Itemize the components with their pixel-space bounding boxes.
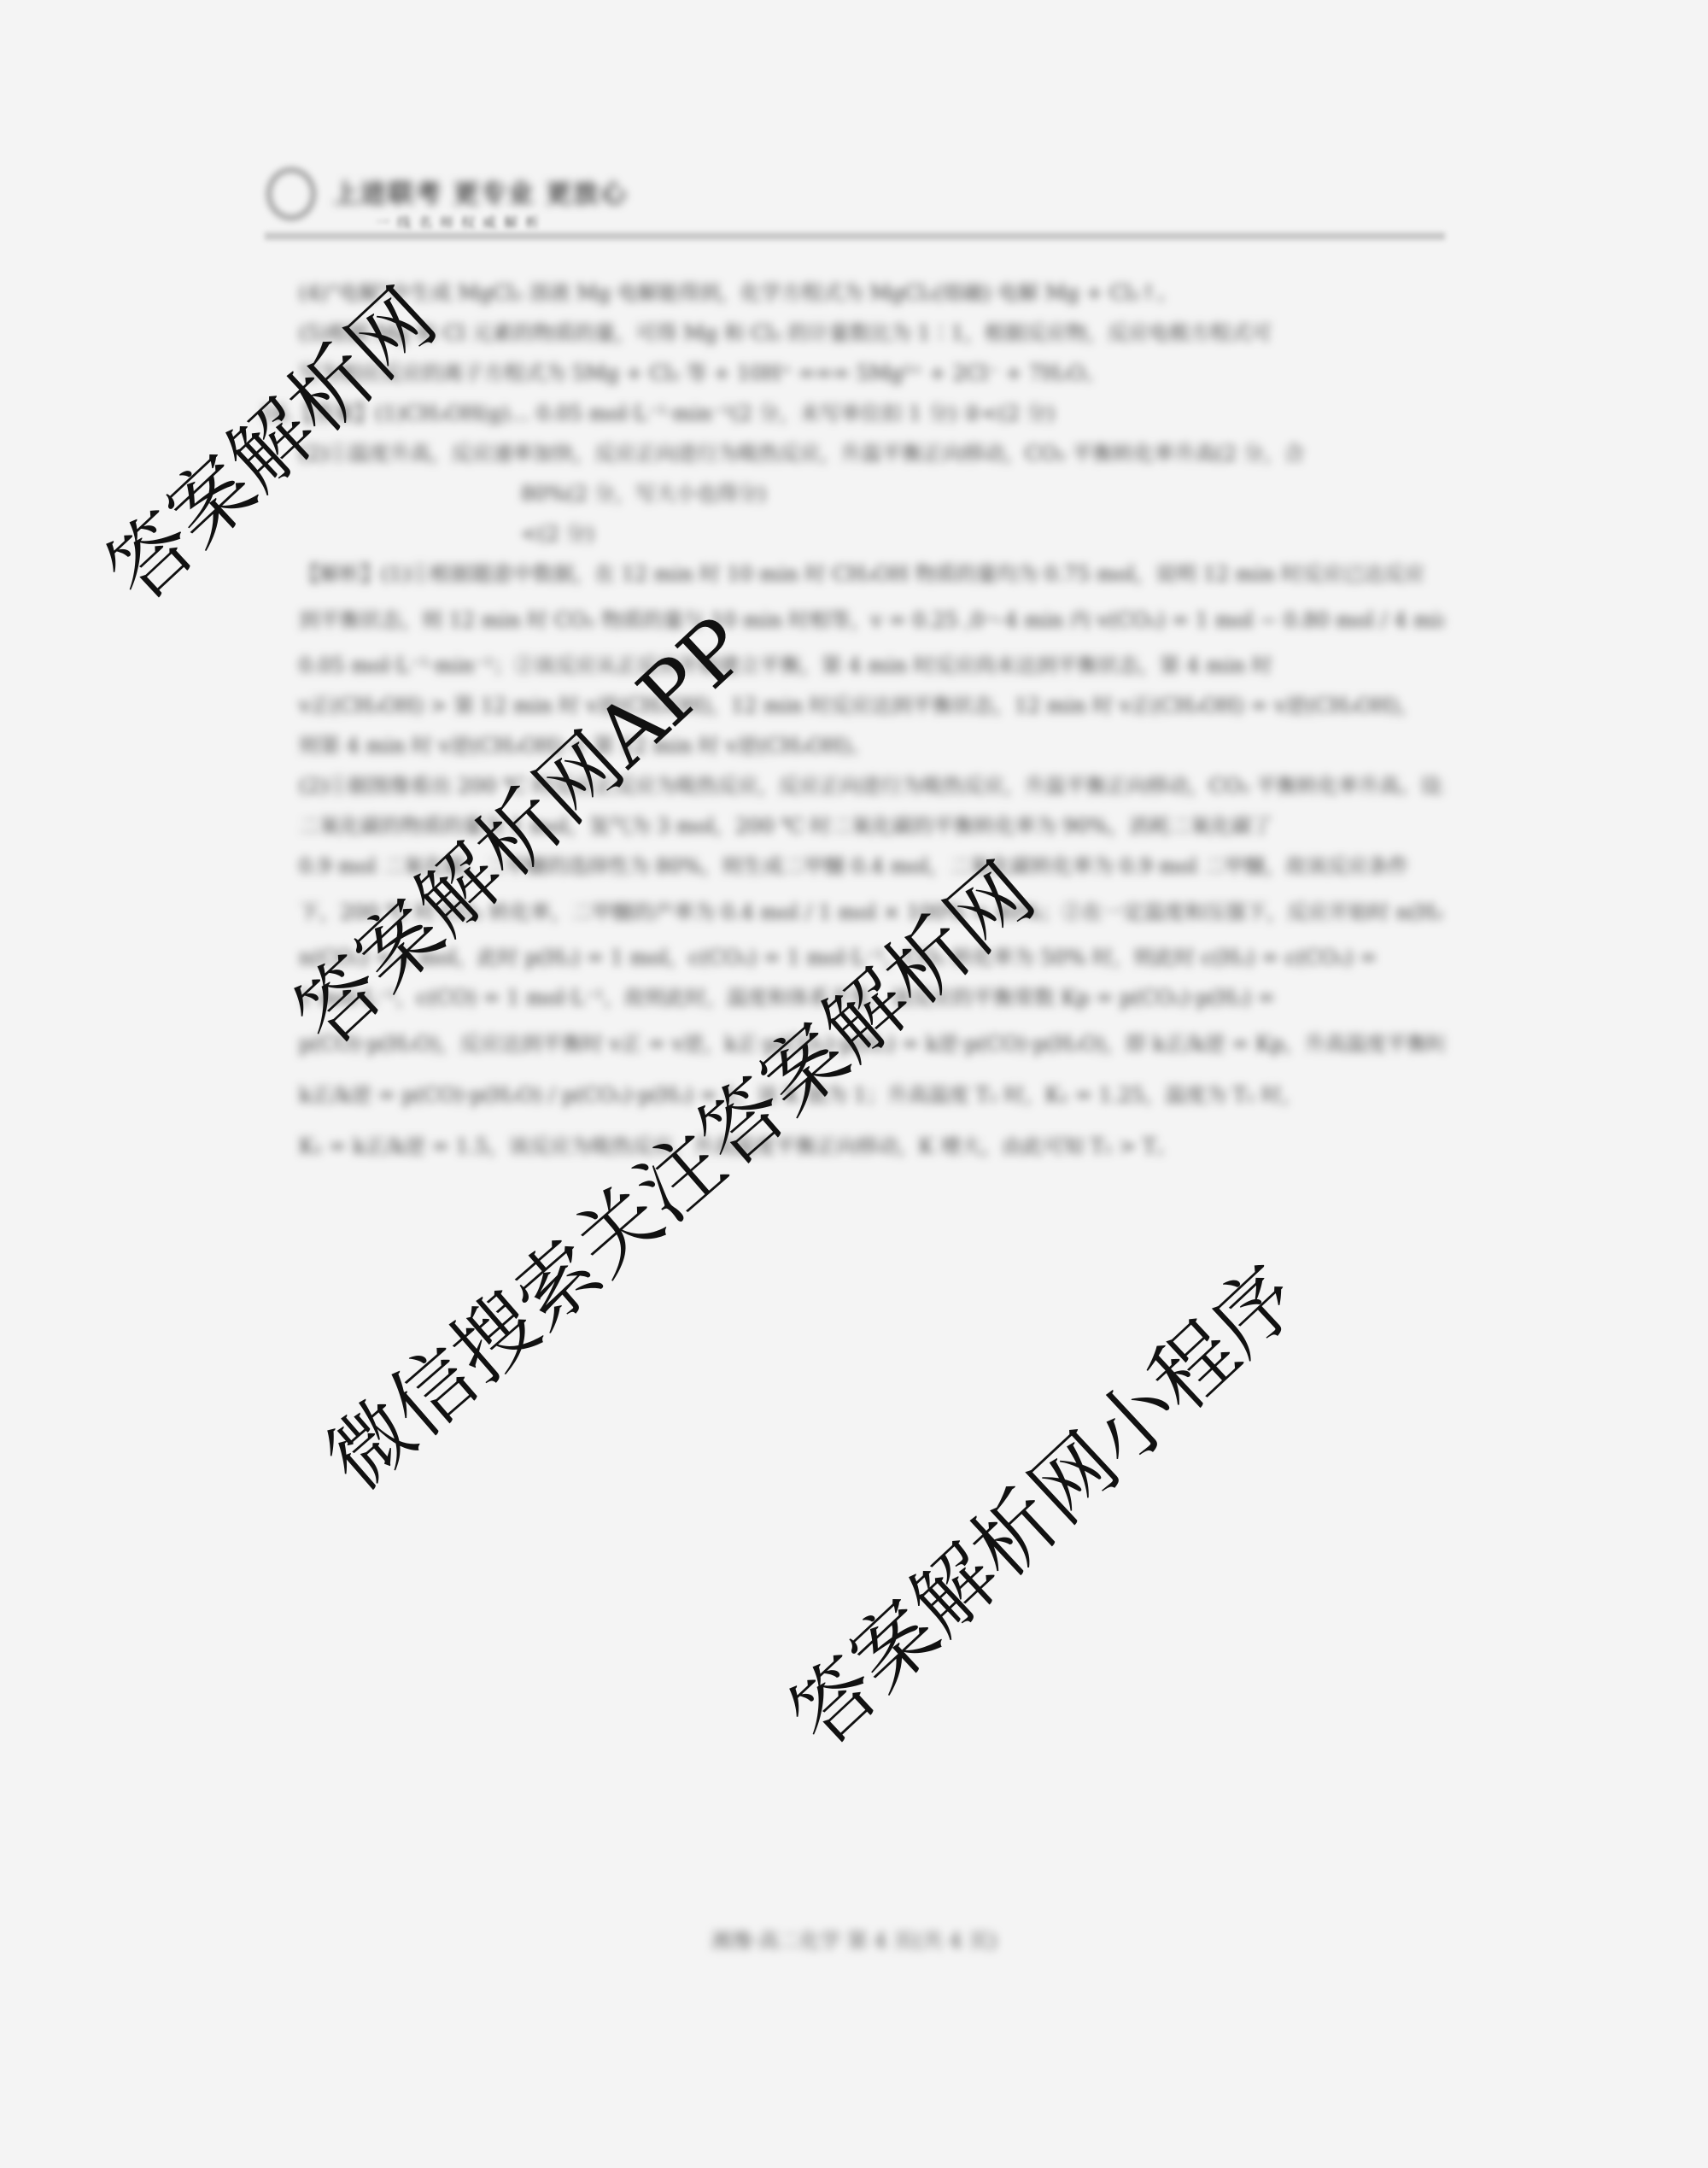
- text-line: 【解析】(1)①根据题意中数据，在 12 min 时 10 min 时 CH₃O…: [299, 554, 1443, 595]
- page-footer: 湘豫·高二化学 第 4 页(共 4 页): [0, 1924, 1708, 1954]
- text-line: 16.【答案】(1)CH₃OH(g)… 0.05 mol·L⁻¹·min⁻¹(2…: [260, 394, 1443, 434]
- text-line: <(2 分): [299, 514, 1443, 554]
- page-header: 上进联考 更专业 更放心 一线名师权威解析: [263, 162, 1446, 243]
- header-divider: [265, 232, 1445, 240]
- text-line: 写为相应反应的离子方程式为 5Mg + Cl₂ 等 + 10H⁺ === 5Mg…: [299, 354, 1443, 394]
- document-page: 上进联考 更专业 更放心 一线名师权威解析 (4)“电解”中生成 MgCl₂ 溶…: [0, 0, 1708, 2168]
- text-line: 80%(2 分，写大小也得分): [299, 474, 1443, 514]
- text-line: K₁ = k正/k逆 = 1.5，该反应为吸热反应，升高温度平衡正向移动，K 增…: [299, 1121, 1443, 1172]
- text-line: 0.05 mol·L⁻¹·min⁻¹；②该反应从正反应开始建立平衡，第 4 mi…: [299, 646, 1443, 686]
- brand-slogan: 一线名师权威解析: [376, 212, 547, 231]
- brand-name: 上进联考 更专业 更放心: [333, 173, 628, 210]
- text-line: (5)根据 Mg 和 Cl 元素的物质的量，可得 Mg 和 Cl₂ 的计量数比为…: [299, 313, 1443, 354]
- text-line: 到平衡状态，则 12 min 时 CO₂ 物质的量与 10 min 时相等，v …: [299, 595, 1443, 646]
- text-line: (4)“电解”中生成 MgCl₂ 溶液 Mg 电解能得到，化学方程式为 MgCl…: [299, 273, 1443, 313]
- text-line: k正/k逆 = p(CO)·p(H₂O) / p(CO₂)·p(H₂) = 1，…: [299, 1069, 1443, 1121]
- text-line: (2)①据图像看出 200 ℃ 时反应正反应为吸热反应，反应正向进行为吸热反应，…: [299, 766, 1443, 806]
- logo-icon: [266, 167, 316, 220]
- text-line: v正(CH₃OH) > 第 12 min 时 v逆(CH₃OH)，12 min …: [299, 686, 1443, 726]
- text-line: 则第 4 min 时 v逆(CH₃OH) < 第 12 min 时 v逆(CH₃…: [299, 726, 1443, 766]
- text-line: (2)①温度升高，反应速率加快，反应正向进行为吸热反应，升温平衡正向移动，CO₂…: [299, 434, 1443, 474]
- watermark-text: 答案解析网小程序: [777, 1252, 1313, 1760]
